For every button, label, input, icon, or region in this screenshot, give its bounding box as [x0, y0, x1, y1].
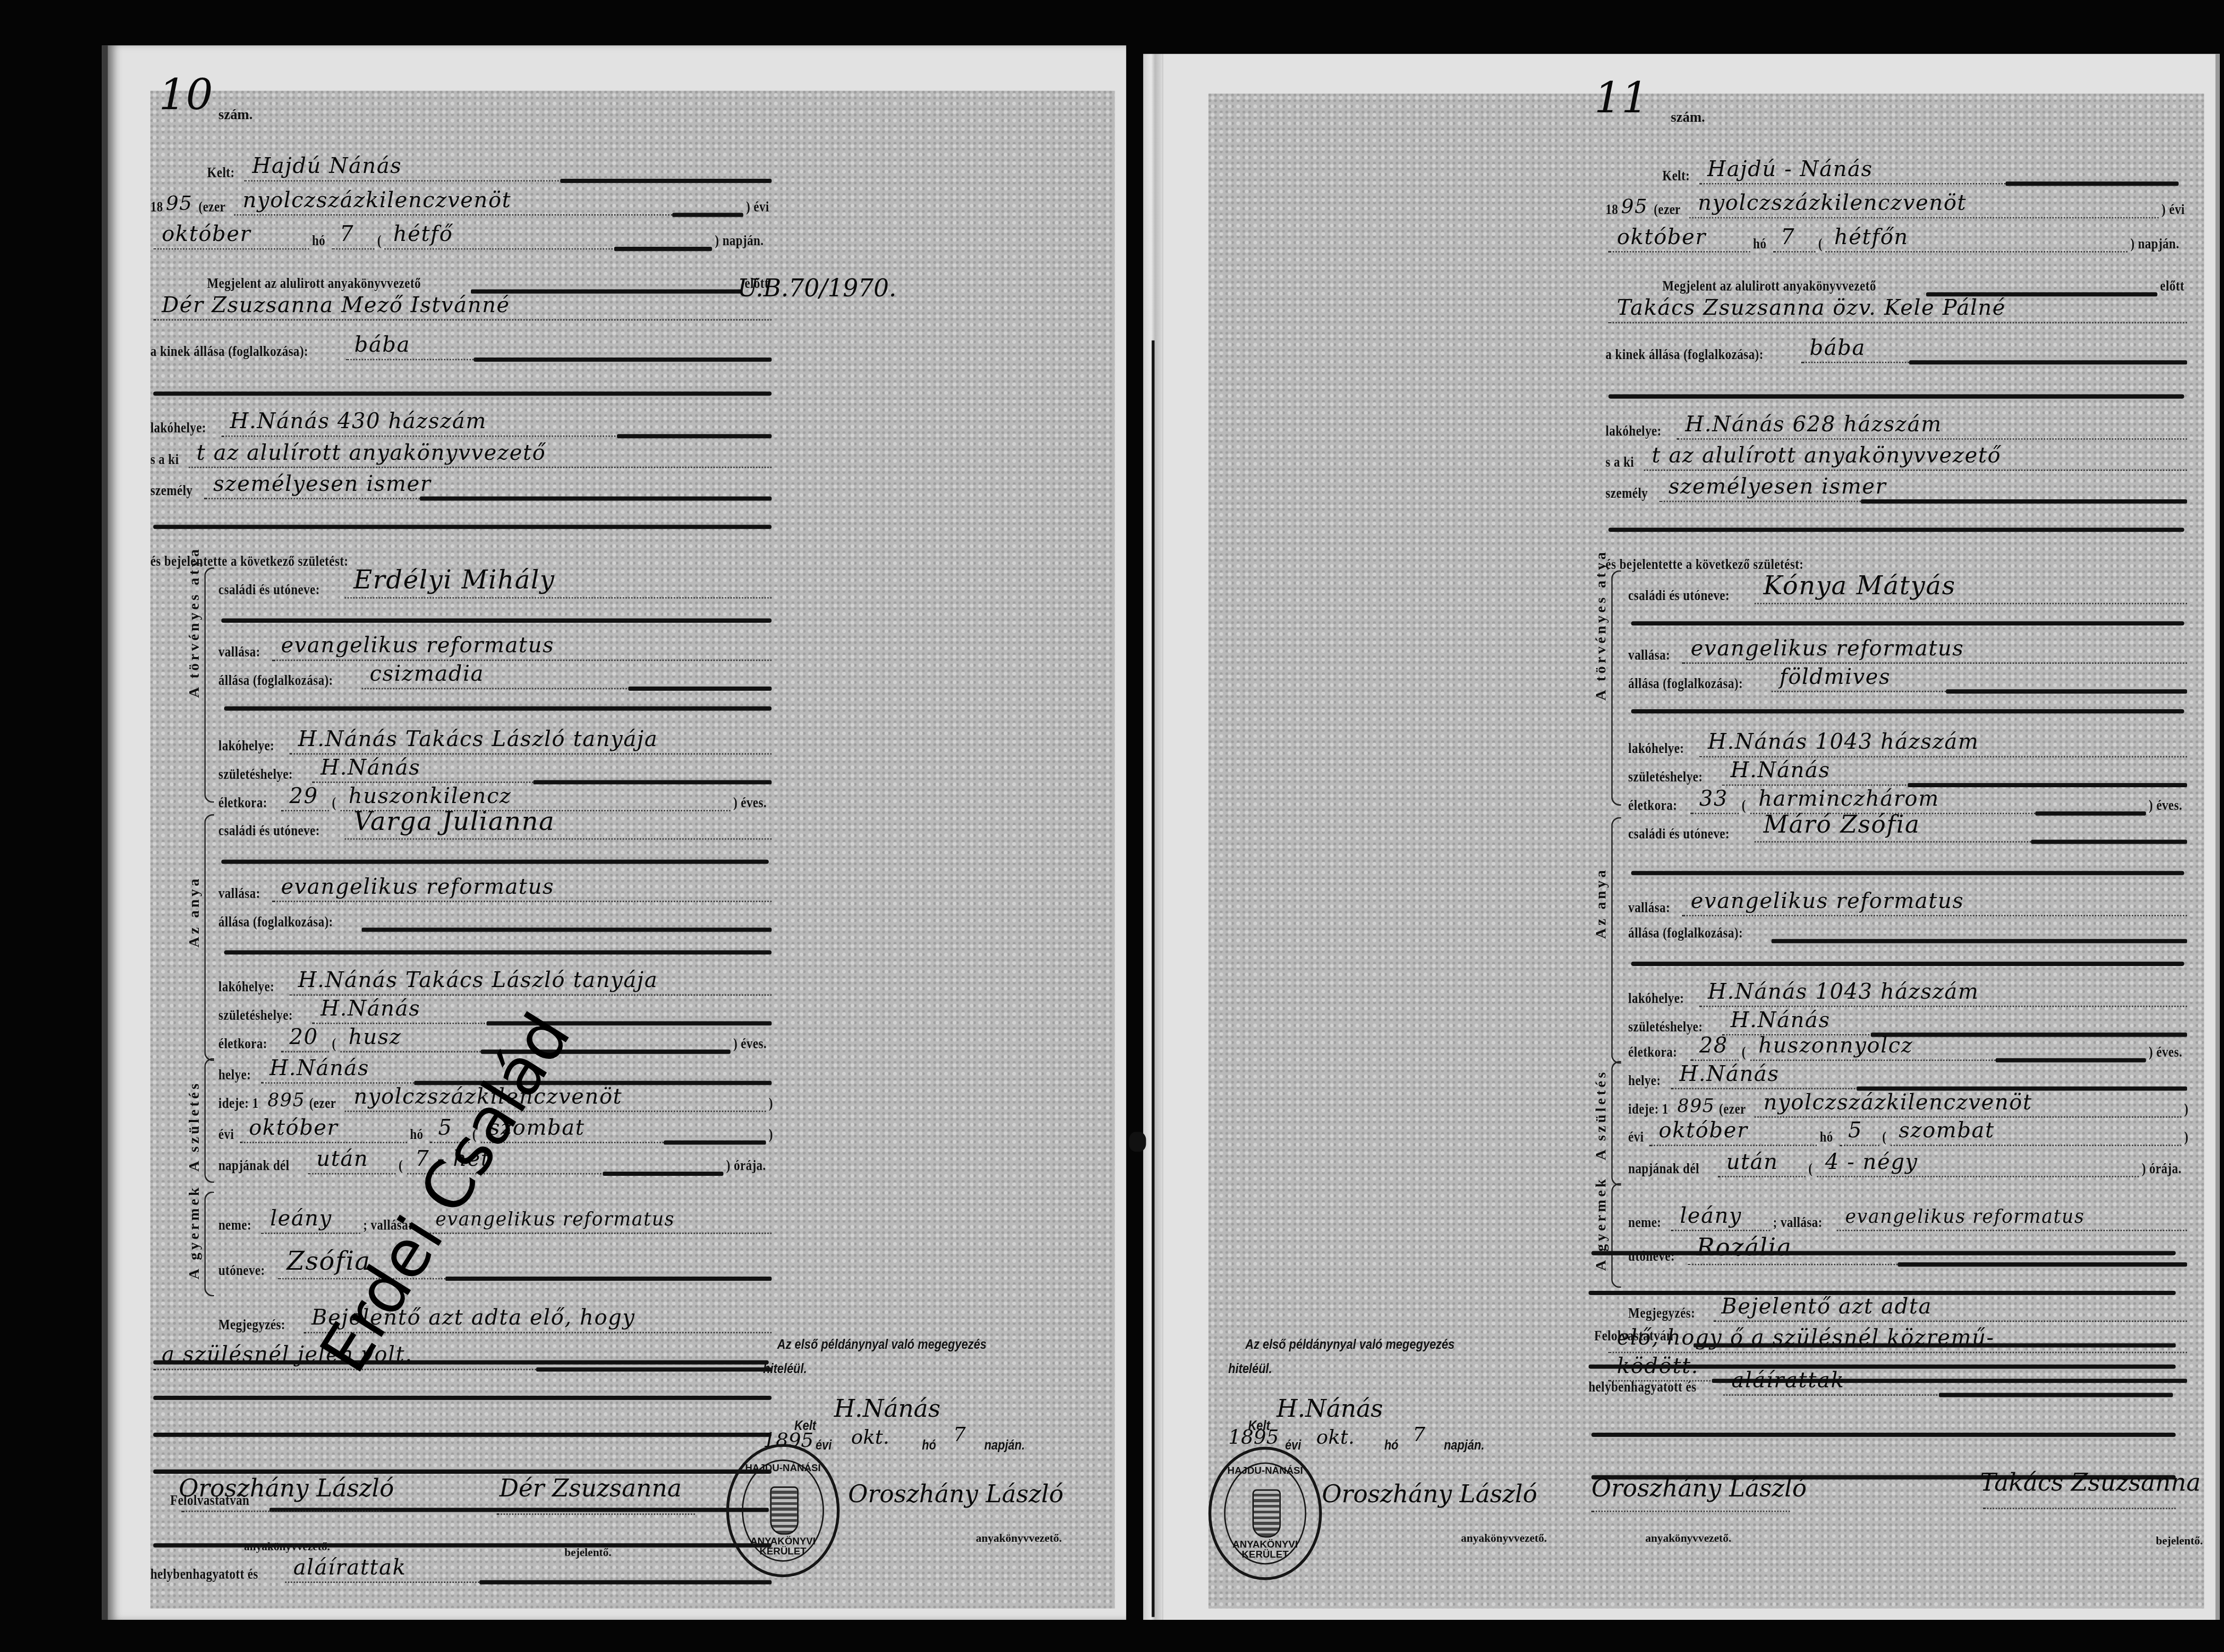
section-label-mother: Az anya — [187, 876, 203, 948]
blank-line — [1591, 1251, 2175, 1255]
blank-line — [153, 525, 772, 529]
birth-place-field: H.Nánás — [1671, 1065, 2187, 1089]
blank-line — [1591, 1433, 2175, 1437]
child-sex-field: leány — [262, 1210, 361, 1234]
mother-residence-field: H.Nánás 1043 házszám — [1699, 983, 2187, 1007]
kelt-field: Hajdú - Nánás — [1699, 160, 2179, 185]
informant-field: Dér Zsuzsanna Mező Istvánné — [153, 296, 772, 321]
father-age-field: 29 — [281, 787, 329, 811]
child-religion-field: evangelikus reformatus — [427, 1210, 772, 1234]
mother-name-field: Máró Zsófia — [1755, 818, 2187, 843]
father-name-field: Erdélyi Mihály — [345, 574, 771, 598]
father-residence-field: H.Nánás 1043 házszám — [1699, 733, 2187, 758]
blank-line — [153, 1470, 772, 1474]
section-label-mother: Az anya — [1594, 867, 1610, 939]
blank-line — [1631, 621, 2184, 625]
brace — [204, 567, 214, 803]
archive-annotation: U.B.70/1970. — [738, 275, 897, 304]
blank-line — [1589, 1291, 2176, 1295]
official-seal-icon: HAJDU-NÁNÁSI ANYAKÖNYVI KERÜLET — [726, 1444, 839, 1577]
brace — [204, 814, 214, 1061]
signature-informant: Takács Zsuzsanna — [1980, 1470, 2201, 1498]
informant-field: Takács Zsuzsanna özv. Kele Pálné — [1608, 300, 2187, 324]
mother-occupation-field — [361, 906, 771, 931]
cert-month: okt. — [851, 1427, 889, 1450]
caption-informant: bejelentő. — [565, 1546, 612, 1559]
entry-number: 10 — [159, 71, 213, 121]
entry-number: 11 — [1594, 74, 1649, 123]
entry-10-form: 10 szám. Kelt: Hajdú Nánás 18 95 (ezer n… — [150, 91, 1115, 1608]
cert-month: okt. — [1316, 1427, 1355, 1450]
signature-registrar: Oroszhány László — [1591, 1475, 1806, 1504]
signature-cert-registrar: Oroszhány László — [1322, 1481, 1537, 1509]
cert-text: Az első példánynyal való megegyezés — [777, 1338, 987, 1354]
blank-line — [153, 1433, 772, 1437]
caption-informant: bejelentő. — [2156, 1535, 2203, 1548]
section-label-father: A törvényes atya — [1594, 549, 1610, 701]
year-words-field: nyolczszázkilenczvenöt — [1689, 195, 2159, 219]
informant-occupation-field: bába — [346, 336, 772, 361]
cert-text: Az első példánynyal való megegyezés — [1245, 1338, 1455, 1354]
cert-place: H.Nánás — [834, 1396, 941, 1424]
birth-day-field: 5 — [1840, 1122, 1879, 1146]
kelt-label: Kelt: — [207, 166, 235, 182]
blank-line — [221, 859, 769, 864]
approval-field: aláírattak — [285, 1559, 771, 1583]
caption-registrar: anyakönyvvezető. — [1645, 1532, 1731, 1544]
year-words-field: nyolczszázkilenczvenöt — [234, 191, 743, 216]
szam-label: szám. — [218, 108, 253, 123]
birth-ampm-field: után — [1718, 1153, 1806, 1177]
father-occupation-field: földmives — [1771, 668, 2187, 692]
mother-birthplace-field: H.Nánás — [1722, 1011, 2187, 1036]
szam-label: szám. — [1671, 111, 1705, 127]
blank-line — [1631, 962, 2184, 966]
brace — [1611, 1061, 1621, 1186]
blank-line — [221, 619, 772, 623]
father-religion-field: evangelikus reformatus — [273, 637, 772, 661]
section-label-birth: A születés — [187, 1081, 203, 1172]
birth-month-field: október — [1650, 1122, 1817, 1146]
father-age-field: 33 — [1691, 790, 1739, 814]
kelt-field: Hajdú Nánás — [244, 158, 771, 182]
child-sex-field: leány — [1671, 1207, 1771, 1231]
mother-age-field: 28 — [1691, 1037, 1739, 1061]
signature-informant: Dér Zsuzsanna — [499, 1475, 682, 1504]
mother-residence-field: H.Nánás Takács László tanyája — [289, 972, 771, 996]
day-field: 7 — [331, 226, 374, 250]
cert-place: H.Nánás — [1277, 1396, 1383, 1424]
blank-line — [1608, 394, 2184, 399]
signature-cert-registrar: Oroszhány László — [848, 1481, 1063, 1509]
weekday-field: hétfőn — [1826, 228, 2128, 253]
mother-occupation-field — [1771, 917, 2187, 942]
brace — [1611, 1183, 1621, 1288]
blank-line — [224, 707, 771, 711]
section-label-birth: A születés — [1594, 1069, 1610, 1160]
informant-residence-field: H.Nánás 430 házszám — [221, 413, 771, 437]
informant-occupation-field: bába — [1801, 339, 2187, 363]
blank-line — [153, 1396, 772, 1400]
official-seal-icon: HAJDU-NÁNÁSI ANYAKÖNYVI KERÜLET — [1208, 1447, 1322, 1580]
brace — [204, 1192, 214, 1297]
mother-religion-field: evangelikus reformatus — [1682, 892, 2187, 916]
scanned-register-spread: 10 szám. Kelt: Hajdú Nánás 18 95 (ezer n… — [0, 0, 2224, 1652]
father-name-field: Kónya Mátyás — [1755, 580, 2187, 604]
caption-registrar: anyakönyvvezető. — [244, 1540, 330, 1553]
section-label-father: A törvényes atya — [187, 547, 203, 698]
birth-year-words-field: nyolczszázkilenczvenöt — [1755, 1094, 2182, 1118]
binding-thread — [1152, 341, 1154, 1617]
year-digits: 95 — [166, 193, 192, 216]
section-label-child: A gyermek — [187, 1185, 203, 1279]
birth-month-field: október — [240, 1119, 408, 1143]
birth-hour-field: 4 - négy — [1816, 1153, 2139, 1177]
month-field: október — [1608, 228, 1750, 253]
mother-name-field: Varga Julianna — [345, 816, 771, 840]
brace — [204, 1058, 214, 1183]
brace — [1611, 817, 1621, 1064]
remark-field-2: a szülésnél jelen volt. — [153, 1346, 772, 1370]
cert-day: 7 — [1413, 1424, 1425, 1447]
father-occupation-field: csizmadia — [361, 665, 771, 690]
birth-weekday-field: szombat — [1890, 1122, 2182, 1146]
blank-line — [153, 1360, 769, 1365]
approval-field: aláírattak — [1723, 1371, 2173, 1396]
weekday-field: hétfő — [385, 226, 712, 250]
mother-age-field: 20 — [281, 1028, 329, 1052]
cert-year: 1895 — [1229, 1427, 1279, 1450]
binding-knot-icon — [1129, 1132, 1146, 1152]
blank-line — [1631, 709, 2184, 713]
month-field: október — [153, 226, 310, 250]
blank-line — [224, 950, 771, 954]
birth-ampm-field: után — [308, 1151, 396, 1175]
cert-day: 7 — [953, 1424, 966, 1447]
blank-line — [153, 391, 772, 395]
father-birthplace-field: H.Nánás — [1722, 762, 2187, 786]
mother-religion-field: evangelikus reformatus — [273, 878, 772, 902]
blank-line — [1608, 528, 2184, 532]
section-label-child: A gyermek — [1594, 1176, 1610, 1271]
birth-year-digits: 895 — [267, 1091, 305, 1112]
father-birthplace-field: H.Nánás — [312, 759, 771, 783]
brace — [1611, 570, 1621, 806]
informant-residence-field: H.Nánás 628 házszám — [1677, 416, 2187, 440]
day-field: 7 — [1772, 228, 1815, 253]
blank-line — [1631, 871, 2184, 875]
child-religion-field: evangelikus reformatus — [1836, 1207, 2187, 1231]
birth-year-words-field: nyolczszázkilenczvenöt — [345, 1088, 767, 1112]
father-residence-field: H.Nánás Takács László tanyája — [289, 730, 771, 755]
signature-registrar: Oroszhány László — [179, 1475, 394, 1504]
father-religion-field: evangelikus reformatus — [1682, 640, 2187, 664]
